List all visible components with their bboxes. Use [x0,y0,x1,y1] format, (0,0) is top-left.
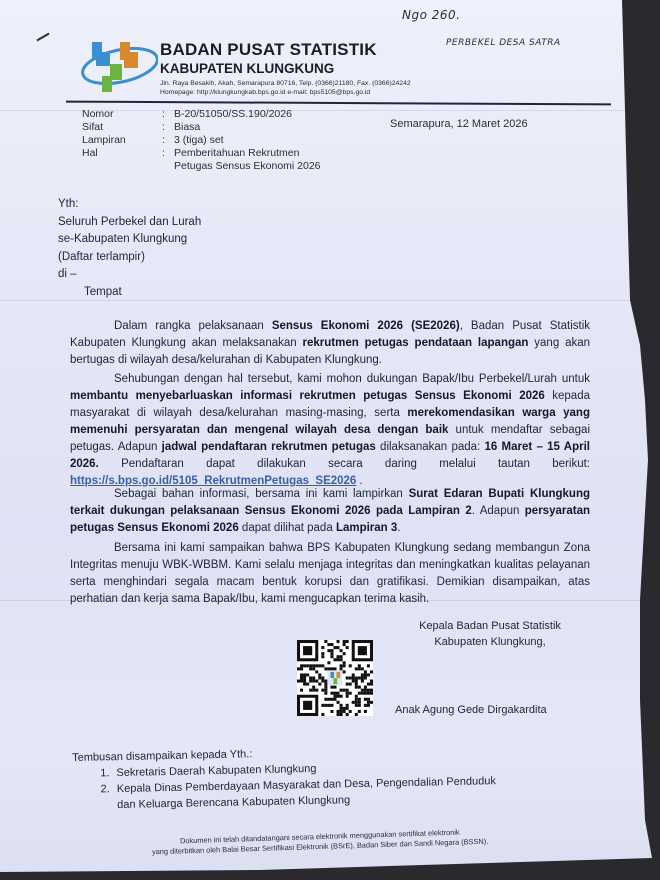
signature-title-line: Kepala Badan Pusat Statistik [395,618,585,634]
handwritten-number: Ngo 260. [402,8,460,22]
subject-line-2: Petugas Sensus Ekonomi 2026 [82,160,321,173]
meta-row-hal: Hal:Pemberitahuan Rekrutmen [82,147,321,160]
meta-value: B-20/51050/SS.190/2026 [174,108,292,121]
org-unit: KABUPATEN KLUNGKUNG [160,61,334,76]
recipient-block: Yth: Seluruh Perbekel dan Lurah se-Kabup… [58,196,201,301]
org-name: BADAN PUSAT STATISTIK [160,40,377,60]
meta-row-sifat: Sifat:Biasa [82,121,321,134]
recipient-line: se-Kabupaten Klungkung [58,231,201,249]
pen-mark [36,33,49,42]
meta-label: Sifat [82,121,162,134]
bps-logo-icon [78,36,158,94]
cc-item: Kepala Dinas Pemberdayaan Masyarakat dan… [113,773,508,813]
bold-text: Sensus Ekonomi 2026 (SE2026) [272,320,460,332]
meta-row-lampiran: Lampiran:3 (tiga) set [82,134,321,147]
signature-title: Kepala Badan Pusat Statistik Kabupaten K… [395,618,585,650]
bold-text: jadwal pendaftaran rekrutmen petugas [162,441,376,453]
recipient-line: Tempat [58,284,201,302]
recipient-line: (Daftar terlampir) [58,249,201,267]
salutation: Yth: [58,196,201,214]
paragraph-3: Sebagai bahan informasi, bersama ini kam… [70,486,590,537]
recipient-line: Seluruh Perbekel dan Lurah [58,214,201,232]
place-date: Semarapura, 12 Maret 2026 [390,118,528,130]
letter-meta: Nomor:B-20/51050/SS.190/2026 Sifat:Biasa… [82,108,321,173]
esign-footer: Dokumen ini telah ditandatangani secara … [100,825,540,859]
meta-row-nomor: Nomor:B-20/51050/SS.190/2026 [82,108,321,121]
handwritten-addressee: PERBEKEL DESA SATRA [446,38,561,48]
paragraph-2: Sehubungan dengan hal tersebut, kami moh… [70,371,590,490]
bold-text: membantu menyebarluaskan informasi rekru… [70,390,545,402]
bold-text: merekomendasikan warga yang memenuhi per… [70,407,590,436]
contact-line: Homepage: http://klungkungkab.bps.go.id … [160,88,411,97]
qr-code-icon[interactable] [297,640,373,716]
bold-text: Lampiran 3 [336,522,397,534]
bold-text: rekrutmen petugas pendataan lapangan [303,337,529,349]
paragraph-1: Dalam rangka pelaksanaan Sensus Ekonomi … [70,318,590,369]
cc-list: Sekretaris Daerah Kabupaten Klungkung Ke… [72,757,507,814]
signer-name: Anak Agung Gede Dirgakardita [395,704,547,716]
meta-value: Pemberitahuan Rekrutmen [174,147,299,160]
meta-label: Nomor [82,108,162,121]
recipient-line: di – [58,266,201,284]
org-address: Jln. Raya Besakih, Akah, Semarapura 8071… [160,79,411,97]
letterhead-rule [66,101,611,106]
meta-label: Lampiran [82,134,162,147]
carbon-copy-block: Tembusan disampaikan kepada Yth.: Sekret… [72,741,507,814]
meta-value: Biasa [174,121,200,134]
bold-text: Surat Edaran Bupati Klungkung terkait du… [70,488,590,517]
address-line: Jln. Raya Besakih, Akah, Semarapura 8071… [160,79,411,88]
paragraph-4: Bersama ini kami sampaikan bahwa BPS Kab… [70,540,590,608]
meta-label: Hal [82,147,162,160]
letter-paper: Ngo 260. PERBEKEL DESA SATRA BADAN PUSAT… [0,0,660,880]
meta-value: 3 (tiga) set [174,134,224,147]
signature-title-line: Kabupaten Klungkung, [395,634,585,650]
